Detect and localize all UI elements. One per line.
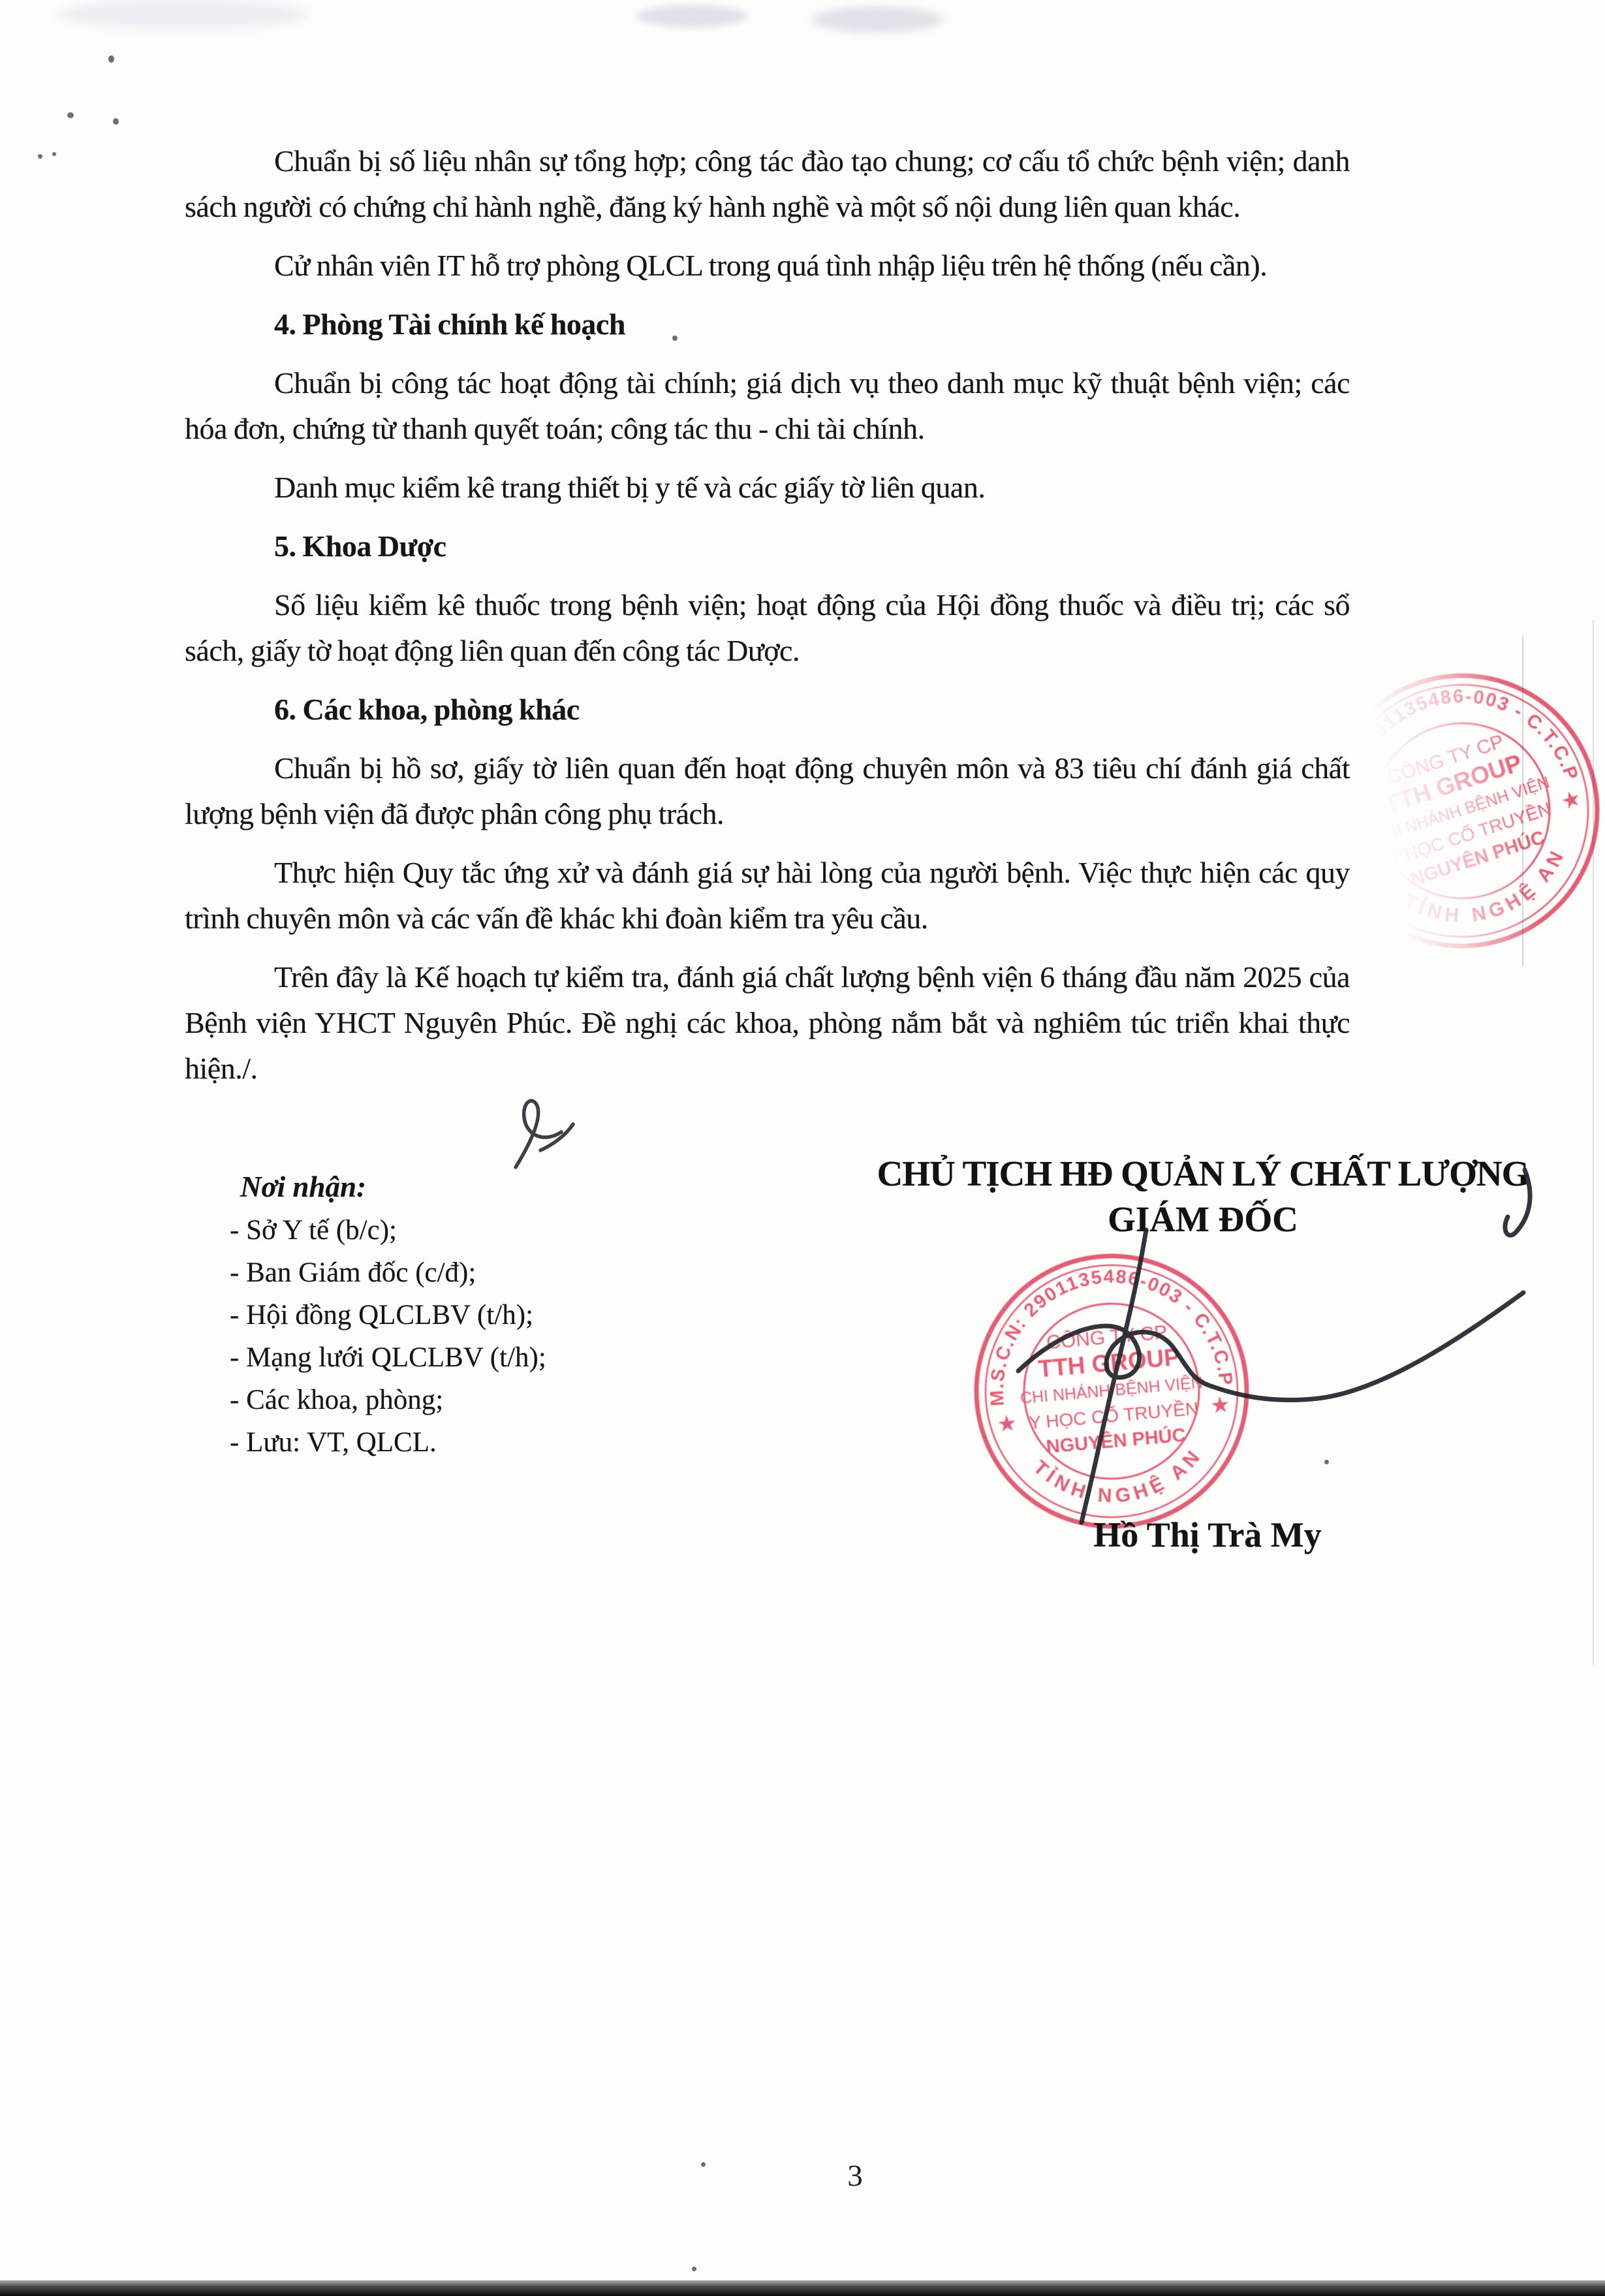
star-icon: ★ xyxy=(996,1411,1018,1438)
section-heading: 6. Các khoa, phòng khác xyxy=(185,687,1350,732)
recipient-item: - Các khoa, phòng; xyxy=(230,1379,546,1421)
scan-speck xyxy=(1324,1460,1329,1464)
section-heading: 5. Khoa Dược xyxy=(185,524,1350,569)
handwritten-initial xyxy=(516,1101,573,1167)
scan-smudge xyxy=(813,7,943,33)
star-icon: ★ xyxy=(1354,851,1381,881)
scan-speck xyxy=(38,154,42,159)
recipient-item: - Lưu: VT, QLCL. xyxy=(230,1421,546,1464)
recipient-item: - Ban Giám đốc (c/đ); xyxy=(230,1251,546,1294)
paragraph: Thực hiện Quy tắc ứng xử và đánh giá sự … xyxy=(185,850,1350,941)
paragraph: Số liệu kiểm kê thuốc trong bệnh viện; h… xyxy=(185,582,1350,674)
scan-smudge xyxy=(59,0,307,29)
page-number: 3 xyxy=(809,2158,901,2194)
scan-speck xyxy=(692,2267,696,2271)
paragraph: Chuẩn bị số liệu nhân sự tổng hợp; công … xyxy=(185,138,1350,230)
scan-speck xyxy=(113,118,119,125)
document-body: Chuẩn bị số liệu nhân sự tổng hợp; công … xyxy=(185,138,1350,1092)
scan-speck xyxy=(67,112,74,118)
scan-speck xyxy=(701,2162,706,2167)
recipient-item: - Hội đồng QLCLBV (t/h); xyxy=(230,1294,546,1336)
signature-subtitle: GIÁM ĐỐC xyxy=(870,1199,1536,1240)
section-heading: 4. Phòng Tài chính kế hoạch xyxy=(185,302,1350,347)
star-icon: ★ xyxy=(1209,1392,1232,1419)
paragraph: Cử nhân viên IT hỗ trợ phòng QLCL trong … xyxy=(185,243,1350,289)
document-page: Chuẩn bị số liệu nhân sự tổng hợp; công … xyxy=(0,0,1605,2296)
paragraph: Chuẩn bị hồ sơ, giấy tờ liên quan đến ho… xyxy=(185,746,1350,837)
recipient-item: - Sở Y tế (b/c); xyxy=(230,1209,546,1251)
signature-title: CHỦ TỊCH HĐ QUẢN LÝ CHẤT LƯỢNG xyxy=(870,1153,1536,1194)
paragraph: Trên đây là Kế hoạch tự kiểm tra, đánh g… xyxy=(185,954,1350,1092)
paragraph: Danh mục kiểm kê trang thiết bị y tế và … xyxy=(185,465,1350,511)
paragraph: Chuẩn bị công tác hoạt động tài chính; g… xyxy=(185,360,1350,452)
recipients-label: Nơi nhận: xyxy=(240,1170,366,1204)
scan-smudge xyxy=(636,5,747,27)
recipients-list: - Sở Y tế (b/c); - Ban Giám đốc (c/đ); -… xyxy=(230,1209,546,1464)
scan-speck xyxy=(108,55,114,63)
star-icon: ★ xyxy=(1558,785,1585,815)
scanner-edge-band xyxy=(0,2280,1605,2296)
round-stamp: M.S.C.N: 2901135486-003 - C.T.C.P TỈNH N… xyxy=(952,1232,1271,1550)
scan-speck xyxy=(52,152,56,156)
recipient-item: - Mạng lưới QLCLBV (t/h); xyxy=(230,1336,546,1379)
